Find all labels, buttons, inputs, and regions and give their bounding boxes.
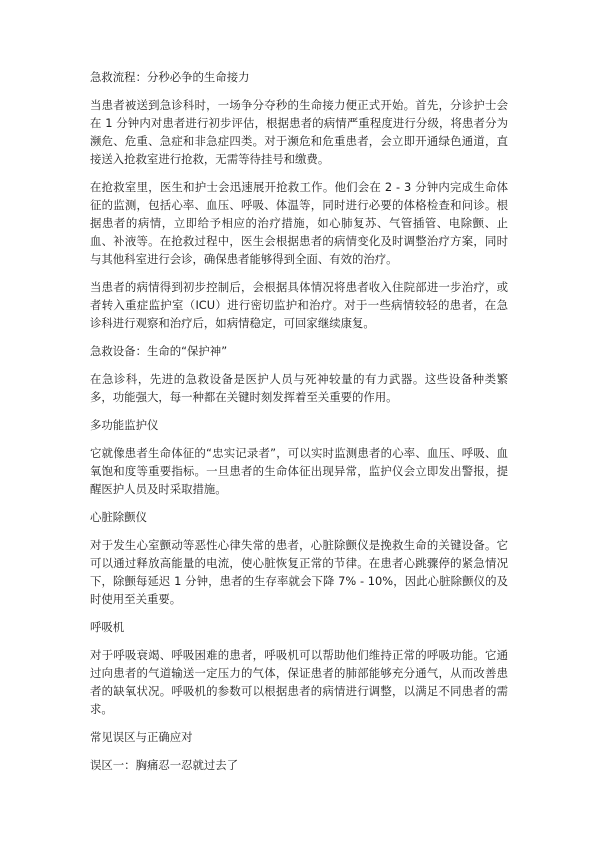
paragraph-resuscitation-room: 在抢救室里，医生和护士会迅速展开抢救工作。他们会在 2 - 3 分钟内完成生命体… (90, 178, 508, 268)
subheading-defibrillator: 心脏除颤仪 (90, 508, 508, 526)
document-page: 急救流程：分秒必争的生命接力 当患者被送到急诊科时，一场争分夺秒的生命接力便正式… (90, 68, 508, 784)
paragraph-after-stabilization: 当患者的病情得到初步控制后，会根据具体情况将患者收入住院部进一步治疗，或者转入重… (90, 278, 508, 332)
paragraph-monitor: 它就像患者生命体征的“忠实记录者”，可以实时监测患者的心率、血压、呼吸、血氧饱和… (90, 444, 508, 498)
paragraph-triage: 当患者被送到急诊科时，一场争分夺秒的生命接力便正式开始。首先，分诊护士会在 1 … (90, 96, 508, 168)
section-heading-equipment: 急救设备：生命的“保护神” (90, 342, 508, 360)
subheading-misconception-one: 误区一：胸痛忍一忍就过去了 (90, 756, 508, 774)
paragraph-equipment-intro: 在急诊科，先进的急救设备是医护人员与死神较量的有力武器。这些设备种类繁多，功能强… (90, 370, 508, 406)
section-heading-emergency-process: 急救流程：分秒必争的生命接力 (90, 68, 508, 86)
subheading-monitor: 多功能监护仪 (90, 416, 508, 434)
subheading-ventilator: 呼吸机 (90, 618, 508, 636)
paragraph-defibrillator: 对于发生心室颤动等恶性心律失常的患者，心脏除颤仪是挽救生命的关键设备。它可以通过… (90, 536, 508, 608)
paragraph-ventilator: 对于呼吸衰竭、呼吸困难的患者，呼吸机可以帮助他们维持正常的呼吸功能。它通过向患者… (90, 646, 508, 718)
section-heading-misconceptions: 常见误区与正确应对 (90, 728, 508, 746)
